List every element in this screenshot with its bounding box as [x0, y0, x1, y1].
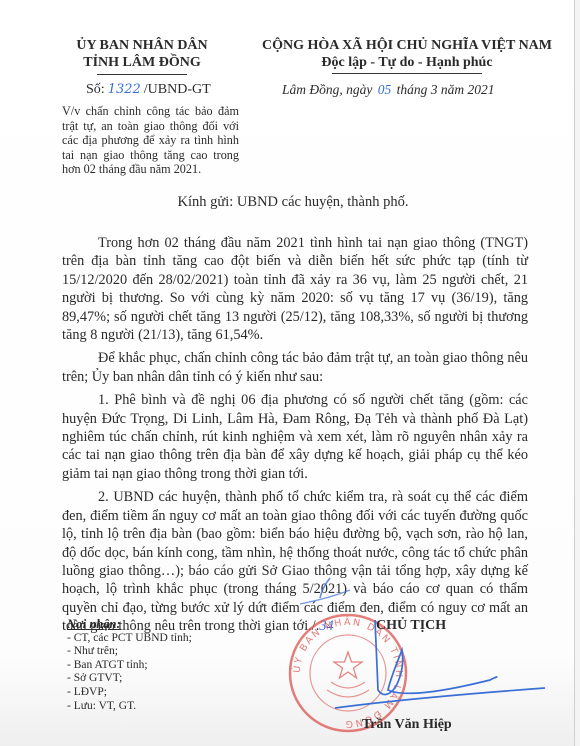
place-date: Lâm Đồng, ngày 05 tháng 3 năm 2021 — [282, 82, 495, 98]
doc-number-prefix: Số: — [86, 82, 105, 97]
handwritten-number: 1322 — [108, 82, 141, 97]
recipients-title: Nơi nhận: — [67, 618, 192, 632]
document-page: ỦY BAN NHÂN DÂN TỈNH LÂM ĐỒNG CỘNG HÒA X… — [0, 0, 575, 746]
recipient-item: - CT, các PCT UBND tỉnh; — [67, 632, 192, 646]
recipient-item: - Lưu: VT, GT. — [67, 700, 192, 714]
national-header: CỘNG HÒA XÃ HỘI CHỦ NGHĨA VIỆT NAM Độc l… — [247, 37, 567, 74]
agency-underline — [97, 74, 187, 75]
handwritten-day: 05 — [378, 82, 392, 97]
signer-title: CHỦ TỊCH — [376, 618, 446, 634]
doc-number-suffix: /UBND-GT — [144, 82, 211, 97]
recipient-item: - Ban ATGT tỉnh; — [67, 659, 192, 673]
recipient-item: - Như trên; — [67, 645, 192, 659]
body-paragraph: 1. Phê bình và đề nghị 06 địa phương có … — [62, 391, 528, 483]
issuing-agency: ỦY BAN NHÂN DÂN TỈNH LÂM ĐỒNG — [62, 37, 222, 75]
handwritten-signature-icon — [290, 570, 570, 720]
place-date-suffix: tháng 3 năm 2021 — [397, 82, 495, 97]
national-motto: Độc lập - Tự do - Hạnh phúc — [247, 54, 567, 71]
republic-name: CỘNG HÒA XÃ HỘI CHỦ NGHĨA VIỆT NAM — [247, 37, 567, 54]
recipient-item: - Sở GTVT; — [67, 672, 192, 686]
recipient-line: Kính gửi: UBND các huyện, thành phố. — [0, 194, 574, 211]
recipient-item: - LĐVP; — [67, 686, 192, 700]
place-date-prefix: Lâm Đồng, ngày — [282, 82, 372, 97]
agency-line-2: TỈNH LÂM ĐỒNG — [62, 54, 222, 71]
agency-line-1: ỦY BAN NHÂN DÂN — [62, 37, 222, 54]
document-number: Số:1322/UBND-GT — [86, 82, 211, 98]
recipients-list: Nơi nhận: - CT, các PCT UBND tỉnh; - Như… — [67, 618, 192, 713]
signer-name: Trần Văn Hiệp — [362, 717, 452, 733]
body-paragraph: Để khắc phục, chấn chỉnh công tác bảo đả… — [62, 349, 528, 386]
body-paragraph: Trong hơn 02 tháng đầu năm 2021 tình hìn… — [62, 234, 528, 344]
motto-underline — [332, 73, 482, 74]
document-subject: V/v chấn chỉnh công tác bảo đảm trật tự,… — [62, 104, 239, 177]
